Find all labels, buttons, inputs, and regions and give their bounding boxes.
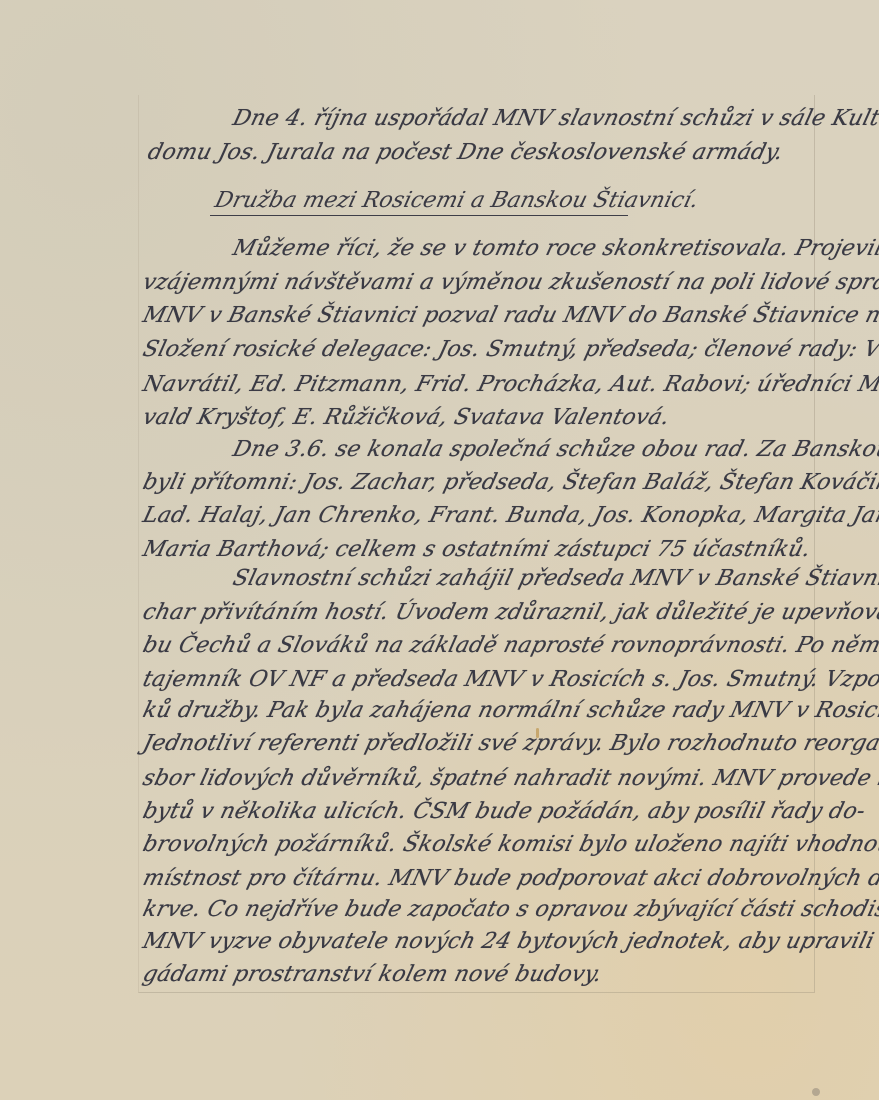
p3-line-13: gádami prostranství kolem nové budovy. — [140, 962, 836, 988]
p3-line-7: sbor lidových důvěrníků, špatné nahradit… — [140, 766, 836, 792]
intro-line-1: Dne 4. října uspořádal MNV slavnostní sc… — [140, 106, 836, 132]
p3-line-4: tajemník OV NF a předseda MNV v Rosicích… — [140, 667, 836, 693]
ink-stain — [536, 728, 539, 738]
p1-line-2: vzájemnými návštěvami a výměnou zkušenos… — [140, 270, 836, 296]
p3-line-12: MNV vyzve obyvatele nových 24 bytových j… — [140, 929, 836, 955]
heading-underline — [210, 215, 628, 216]
document-page: Dne 4. října uspořádal MNV slavnostní sc… — [0, 0, 879, 1100]
intro-line-2: domu Jos. Jurala na počest Dne českoslov… — [145, 140, 841, 166]
p3-line-5: ků družby. Pak byla zahájena normální sc… — [140, 698, 836, 724]
section-heading: Družba mezi Rosicemi a Banskou Štiavnicí… — [212, 188, 701, 214]
p3-line-11: krve. Co nejdříve bude započato s opravo… — [140, 897, 836, 923]
p2-line-3: Lad. Halaj, Jan Chrenko, Frant. Bunda, J… — [140, 503, 836, 529]
p1-line-1: Můžeme říci, že se v tomto roce skonkret… — [140, 236, 836, 262]
p3-line-10: místnost pro čítárnu. MNV bude podporova… — [140, 866, 836, 892]
p3-line-1: Slavnostní schůzi zahájil předseda MNV v… — [140, 566, 836, 592]
p3-line-6: Jednotliví referenti předložili své zprá… — [140, 731, 836, 757]
paper-spot — [812, 1088, 820, 1096]
p1-line-3: MNV v Banské Štiavnici pozval radu MNV d… — [140, 303, 836, 329]
p2-line-1: Dne 3.6. se konala společná schůze obou … — [140, 437, 836, 463]
p3-line-8: bytů v několika ulicích. ČSM bude požádá… — [140, 799, 836, 825]
p1-line-6: vald Kryštof, E. Růžičková, Svatava Vale… — [140, 405, 836, 431]
p1-line-5: Navrátil, Ed. Pitzmann, Frid. Procházka,… — [140, 372, 836, 398]
p1-line-4: Složení rosické delegace: Jos. Smutný, p… — [140, 337, 836, 363]
p3-line-2: char přivítáním hostí. Úvodem zdůraznil,… — [140, 600, 836, 626]
p3-line-9: brovolných požárníků. Školské komisi byl… — [140, 832, 836, 858]
p2-line-2: byli přítomni: Jos. Zachar, předseda, Št… — [140, 470, 836, 496]
p2-line-4: Maria Barthová; celkem s ostatními zástu… — [140, 537, 836, 563]
p3-line-3: bu Čechů a Slováků na základě naprosté r… — [140, 633, 836, 659]
